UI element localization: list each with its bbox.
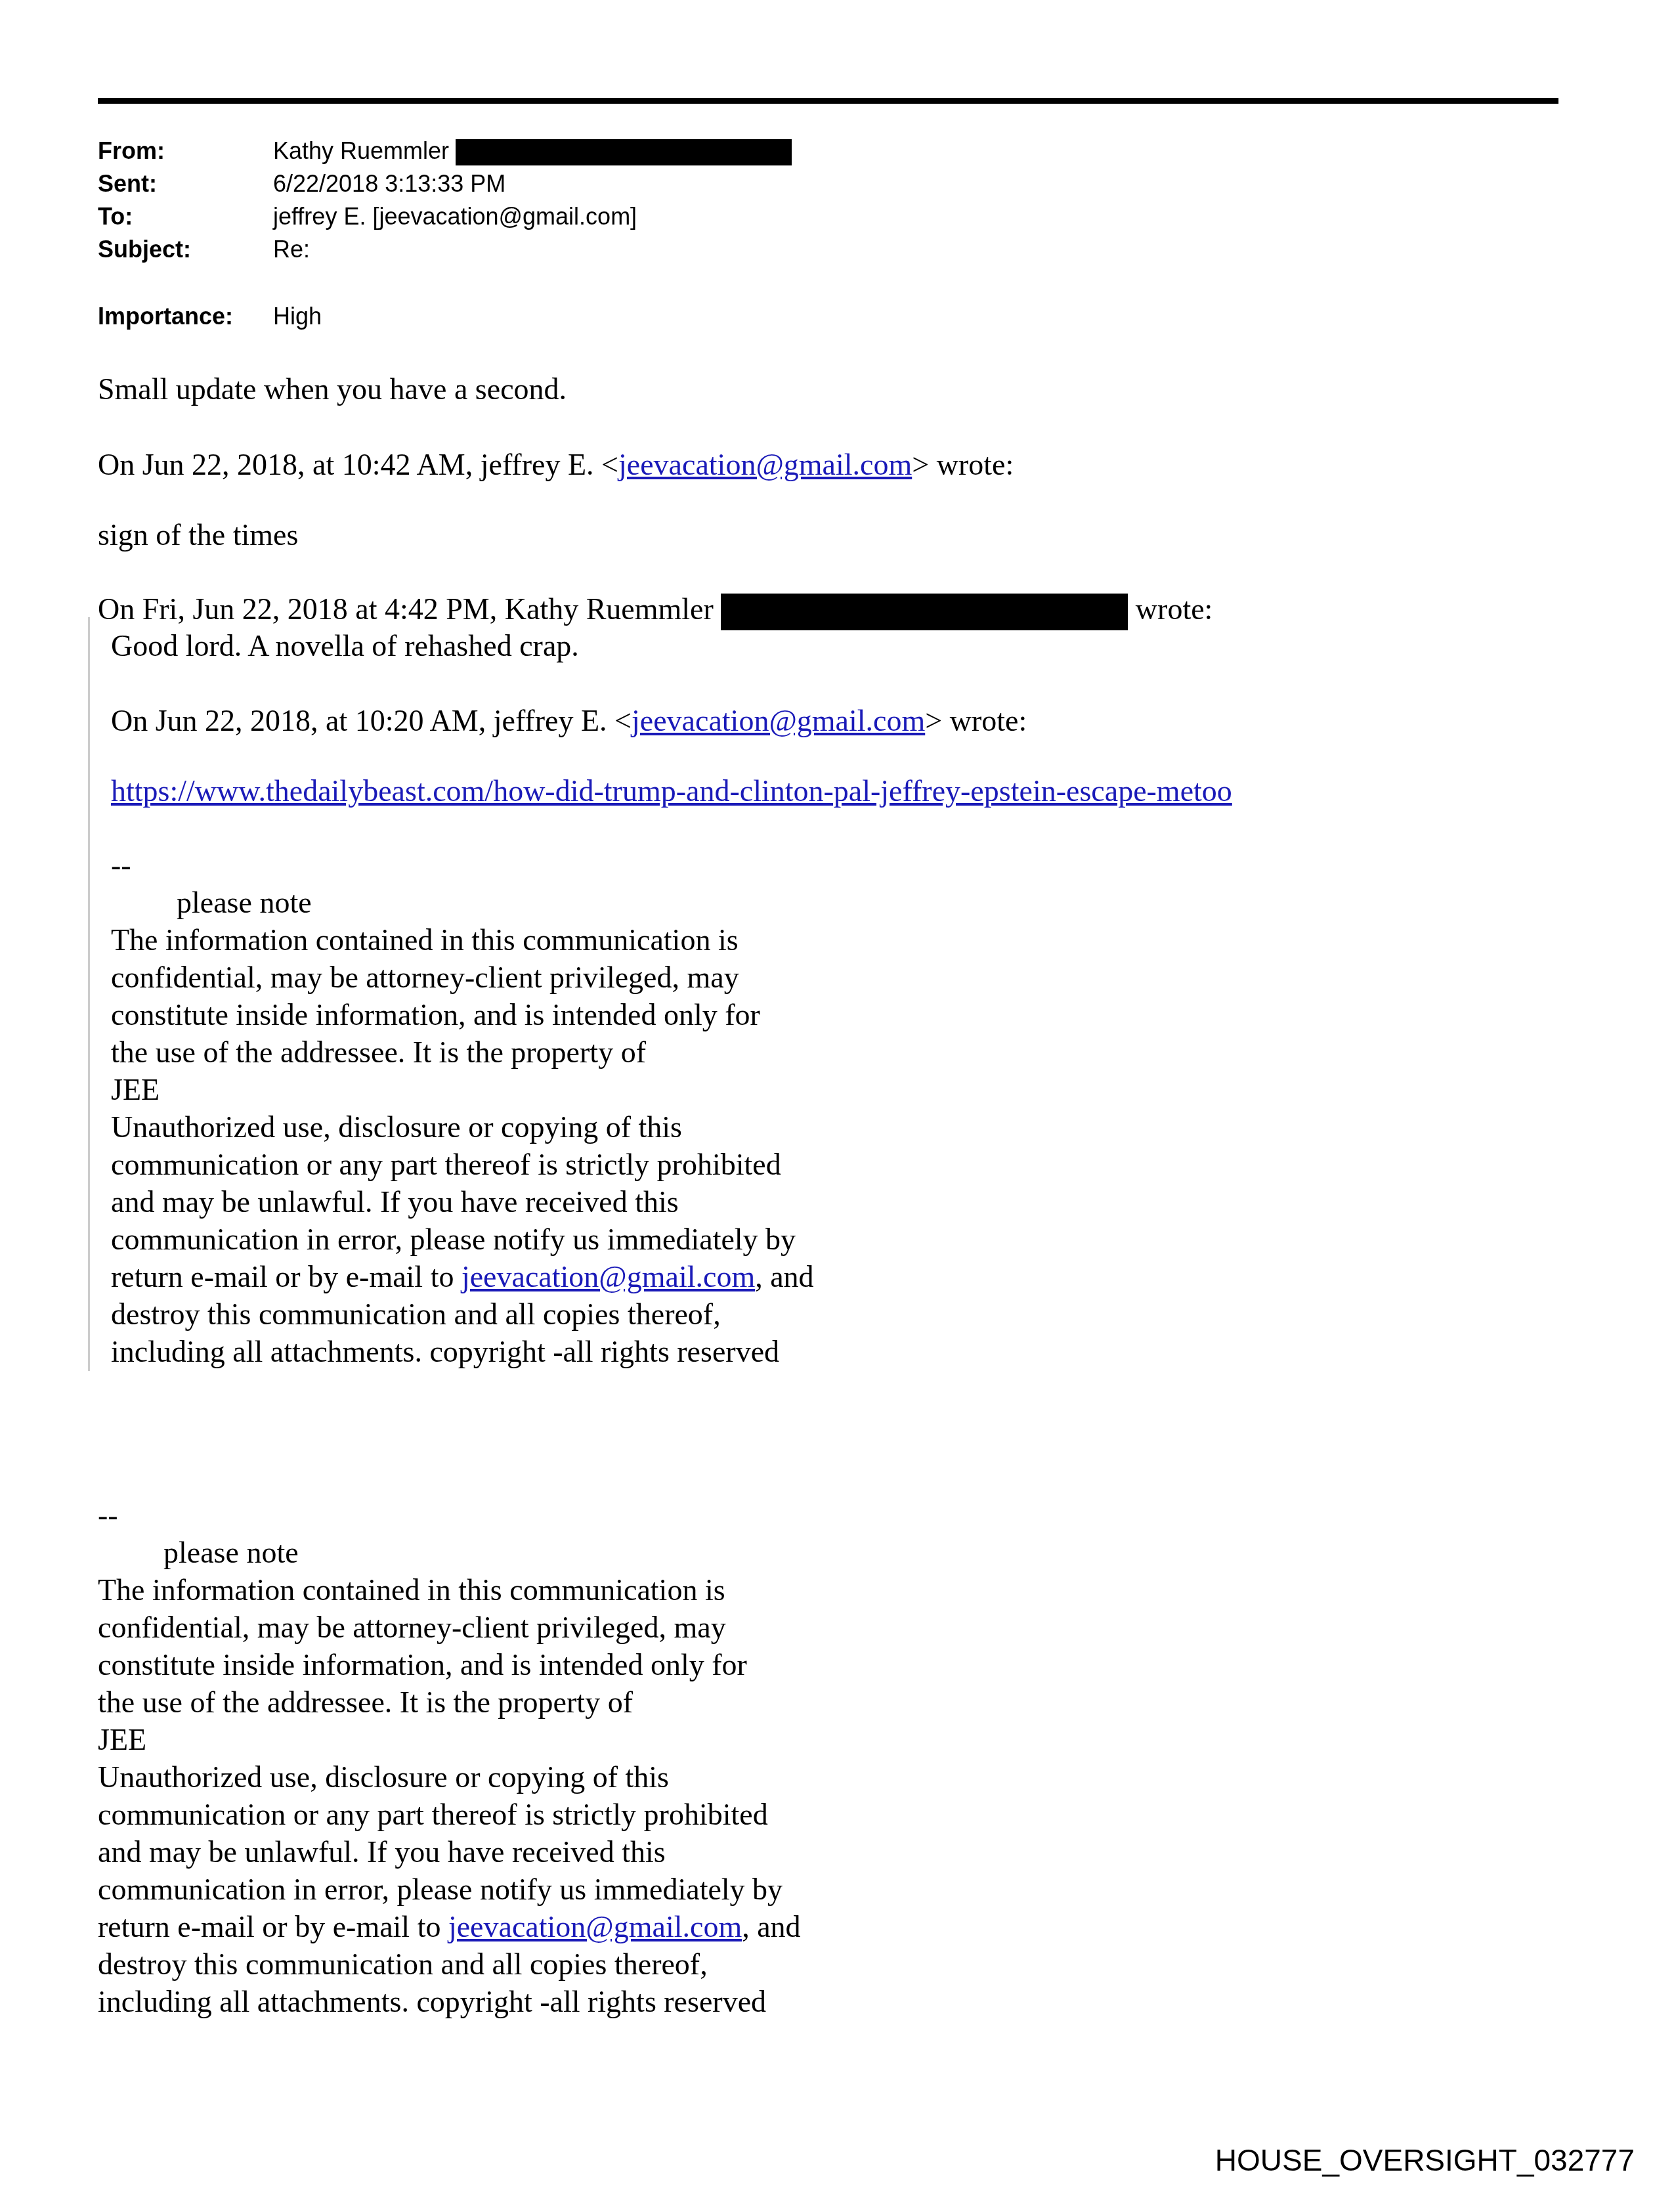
to-value: jeffrey E. [jeevacation@gmail.com] <box>273 200 637 233</box>
quote-header-1: On Jun 22, 2018, at 10:42 AM, jeffrey E.… <box>98 446 1014 483</box>
bates-number: HOUSE_OVERSIGHT_032777 <box>1215 2142 1635 2178</box>
disclaimer-line: return e-mail or by e-mail to jeevacatio… <box>111 1259 814 1295</box>
disclaimer-line: communication or any part thereof is str… <box>98 1796 768 1833</box>
disclaimer-line: The information contained in this commun… <box>98 1572 725 1609</box>
disclaimer-text: return e-mail or by e-mail to <box>111 1260 461 1293</box>
please-note: please note <box>177 884 312 921</box>
disclaimer-line: the use of the addressee. It is the prop… <box>98 1684 633 1721</box>
quote-header-3: On Jun 22, 2018, at 10:20 AM, jeffrey E.… <box>111 703 1027 739</box>
subject-value: Re: <box>273 233 310 266</box>
article-link[interactable]: https://www.thedailybeast.com/how-did-tr… <box>111 774 1232 808</box>
quote-header-text: > wrote: <box>912 448 1014 481</box>
disclaimer-line: destroy this communication and all copie… <box>98 1946 708 1983</box>
disclaimer-line: and may be unlawful. If you have receive… <box>98 1834 666 1871</box>
message-1: Small update when you have a second. <box>98 371 567 408</box>
disclaimer-line: including all attachments. copyright -al… <box>98 1984 766 2020</box>
sent-label: Sent: <box>98 167 157 200</box>
header-rule <box>98 98 1558 104</box>
email-link[interactable]: jeevacation@gmail.com <box>618 448 912 481</box>
sent-value: 6/22/2018 3:13:33 PM <box>273 167 505 200</box>
disclaimer-line: confidential, may be attorney-client pri… <box>98 1609 726 1646</box>
redaction-block <box>721 594 1128 630</box>
from-value: Kathy Ruemmler <box>273 135 792 167</box>
message-3: Good lord. A novella of rehashed crap. <box>111 628 579 664</box>
disclaimer-line: communication or any part thereof is str… <box>111 1146 781 1183</box>
disclaimer-line: Unauthorized use, disclosure or copying … <box>98 1759 669 1796</box>
redaction-block <box>456 139 792 165</box>
disclaimer-line: destroy this communication and all copie… <box>111 1296 721 1333</box>
email-link[interactable]: jeevacation@gmail.com <box>448 1910 742 1943</box>
quote-header-text: wrote: <box>1136 592 1213 626</box>
quote-header-2: On Fri, Jun 22, 2018 at 4:42 PM, Kathy R… <box>98 591 1213 630</box>
article-link-row: https://www.thedailybeast.com/how-did-tr… <box>111 773 1232 810</box>
disclaimer-line: the use of the addressee. It is the prop… <box>111 1034 646 1071</box>
quote-bar <box>88 617 90 1371</box>
quote-header-text: On Jun 22, 2018, at 10:20 AM, jeffrey E.… <box>111 704 632 737</box>
quote-header-text: On Jun 22, 2018, at 10:42 AM, jeffrey E.… <box>98 448 618 481</box>
disclaimer-line: JEE <box>98 1722 146 1758</box>
disclaimer-text: , and <box>742 1910 800 1943</box>
signature-dash: -- <box>111 847 131 884</box>
importance-value: High <box>273 300 322 333</box>
importance-label: Importance: <box>98 300 233 333</box>
disclaimer-line: JEE <box>111 1072 160 1108</box>
disclaimer-text: , and <box>755 1260 813 1293</box>
quote-header-text: On Fri, Jun 22, 2018 at 4:42 PM, Kathy R… <box>98 592 714 626</box>
signature-dash: -- <box>98 1497 118 1534</box>
disclaimer-line: communication in error, please notify us… <box>111 1221 796 1258</box>
disclaimer-line: communication in error, please notify us… <box>98 1871 783 1908</box>
disclaimer-line: Unauthorized use, disclosure or copying … <box>111 1109 682 1146</box>
disclaimer-line: The information contained in this commun… <box>111 922 739 959</box>
disclaimer-line: including all attachments. copyright -al… <box>111 1334 779 1370</box>
from-name: Kathy Ruemmler <box>273 137 449 164</box>
disclaimer-line: confidential, may be attorney-client pri… <box>111 959 739 996</box>
email-link[interactable]: jeevacation@gmail.com <box>461 1260 755 1293</box>
disclaimer-line: return e-mail or by e-mail to jeevacatio… <box>98 1909 801 1945</box>
email-link[interactable]: jeevacation@gmail.com <box>632 704 925 737</box>
disclaimer-line: constitute inside information, and is in… <box>111 997 760 1033</box>
from-label: From: <box>98 135 165 167</box>
disclaimer-text: return e-mail or by e-mail to <box>98 1910 448 1943</box>
to-label: To: <box>98 200 133 233</box>
subject-label: Subject: <box>98 233 191 266</box>
disclaimer-line: constitute inside information, and is in… <box>98 1647 747 1683</box>
quote-header-text: > wrote: <box>925 704 1027 737</box>
disclaimer-line: and may be unlawful. If you have receive… <box>111 1184 679 1221</box>
please-note: please note <box>163 1534 299 1571</box>
message-2: sign of the times <box>98 517 298 553</box>
